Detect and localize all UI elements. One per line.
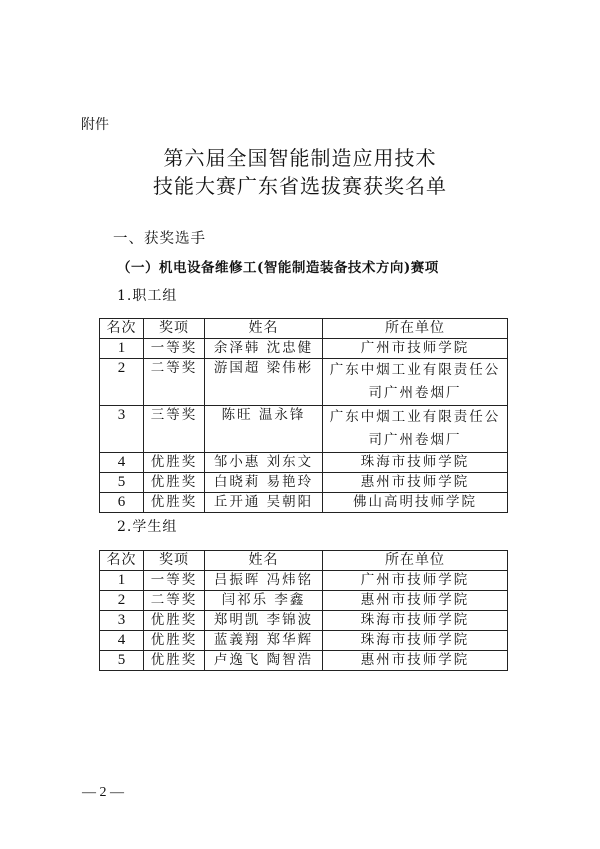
table-row: 1 一等奖 吕振晖 冯炜铭 广州市技师学院 [100, 571, 508, 591]
cell-organization: 惠州市技师学院 [323, 591, 508, 611]
header-rank: 名次 [100, 319, 144, 339]
cell-prize: 优胜奖 [144, 631, 205, 651]
table-row: 1 一等奖 余泽韩 沈忠健 广州市技师学院 [100, 339, 508, 359]
cell-prize: 优胜奖 [144, 473, 205, 493]
table-row: 4 优胜奖 蓝義翔 郑华辉 珠海市技师学院 [100, 631, 508, 651]
cell-organization: 珠海市技师学院 [323, 631, 508, 651]
document-page: 附件 第六届全国智能制造应用技术 技能大赛广东省选拔赛获奖名单 一、获奖选手 （… [0, 0, 600, 849]
table-row: 2 二等奖 闫祁乐 李鑫 惠州市技师学院 [100, 591, 508, 611]
header-prize: 奖项 [144, 551, 205, 571]
group-label-staff: 1.职工组 [117, 285, 177, 305]
cell-rank: 6 [100, 493, 144, 513]
header-organization: 所在单位 [323, 319, 508, 339]
cell-organization: 佛山高明技师学院 [323, 493, 508, 513]
cell-names: 郑明凯 李锦波 [205, 611, 323, 631]
page-number: — 2 — [82, 785, 124, 801]
table-row: 5 优胜奖 卢逸飞 陶智浩 惠州市技师学院 [100, 651, 508, 671]
cell-prize: 二等奖 [144, 591, 205, 611]
cell-rank: 3 [100, 406, 144, 453]
cell-names: 闫祁乐 李鑫 [205, 591, 323, 611]
cell-organization: 惠州市技师学院 [323, 651, 508, 671]
table-row: 2 二等奖 游国超 梁伟彬 广东中烟工业有限责任公司广州卷烟厂 [100, 359, 508, 406]
cell-prize: 二等奖 [144, 359, 205, 406]
attachment-label: 附件 [81, 114, 109, 134]
cell-organization: 广州市技师学院 [323, 571, 508, 591]
cell-organization: 广东中烟工业有限责任公司广州卷烟厂 [323, 406, 508, 453]
awards-table-staff: 名次 奖项 姓名 所在单位 1 一等奖 余泽韩 沈忠健 广州市技师学院 2 二等… [99, 318, 508, 513]
cell-rank: 2 [100, 591, 144, 611]
cell-names: 蓝義翔 郑华辉 [205, 631, 323, 651]
table-row: 5 优胜奖 白晓莉 易艳玲 惠州市技师学院 [100, 473, 508, 493]
cell-organization: 广州市技师学院 [323, 339, 508, 359]
cell-prize: 一等奖 [144, 339, 205, 359]
section-heading: 一、获奖选手 [113, 227, 206, 248]
cell-prize: 一等奖 [144, 571, 205, 591]
table-row: 3 优胜奖 郑明凯 李锦波 珠海市技师学院 [100, 611, 508, 631]
table-header-row: 名次 奖项 姓名 所在单位 [100, 551, 508, 571]
cell-names: 邹小惠 刘东文 [205, 453, 323, 473]
cell-organization: 珠海市技师学院 [323, 611, 508, 631]
cell-names: 白晓莉 易艳玲 [205, 473, 323, 493]
title-line-2: 技能大赛广东省选拔赛获奖名单 [0, 170, 600, 199]
cell-organization: 珠海市技师学院 [323, 453, 508, 473]
cell-names: 陈旺 温永锋 [205, 406, 323, 453]
table-row: 3 三等奖 陈旺 温永锋 广东中烟工业有限责任公司广州卷烟厂 [100, 406, 508, 453]
table-header-row: 名次 奖项 姓名 所在单位 [100, 319, 508, 339]
cell-names: 吕振晖 冯炜铭 [205, 571, 323, 591]
header-prize: 奖项 [144, 319, 205, 339]
cell-rank: 2 [100, 359, 144, 406]
cell-names: 卢逸飞 陶智浩 [205, 651, 323, 671]
cell-prize: 优胜奖 [144, 453, 205, 473]
cell-names: 游国超 梁伟彬 [205, 359, 323, 406]
group-label-student: 2.学生组 [117, 516, 177, 536]
cell-organization: 广东中烟工业有限责任公司广州卷烟厂 [323, 359, 508, 406]
cell-rank: 5 [100, 651, 144, 671]
cell-prize: 优胜奖 [144, 611, 205, 631]
cell-prize: 三等奖 [144, 406, 205, 453]
cell-names: 丘开通 吴朝阳 [205, 493, 323, 513]
cell-prize: 优胜奖 [144, 651, 205, 671]
header-names: 姓名 [205, 551, 323, 571]
cell-organization: 惠州市技师学院 [323, 473, 508, 493]
table-row: 6 优胜奖 丘开通 吴朝阳 佛山高明技师学院 [100, 493, 508, 513]
cell-rank: 5 [100, 473, 144, 493]
header-organization: 所在单位 [323, 551, 508, 571]
cell-rank: 4 [100, 631, 144, 651]
subsection-heading: （一）机电设备维修工(智能制造装备技术方向)赛项 [117, 256, 439, 276]
cell-rank: 1 [100, 339, 144, 359]
cell-rank: 4 [100, 453, 144, 473]
awards-table-student: 名次 奖项 姓名 所在单位 1 一等奖 吕振晖 冯炜铭 广州市技师学院 2 二等… [99, 550, 508, 671]
header-rank: 名次 [100, 551, 144, 571]
header-names: 姓名 [205, 319, 323, 339]
table-row: 4 优胜奖 邹小惠 刘东文 珠海市技师学院 [100, 453, 508, 473]
cell-prize: 优胜奖 [144, 493, 205, 513]
cell-names: 余泽韩 沈忠健 [205, 339, 323, 359]
cell-rank: 1 [100, 571, 144, 591]
title-line-1: 第六届全国智能制造应用技术 [0, 142, 600, 171]
cell-rank: 3 [100, 611, 144, 631]
